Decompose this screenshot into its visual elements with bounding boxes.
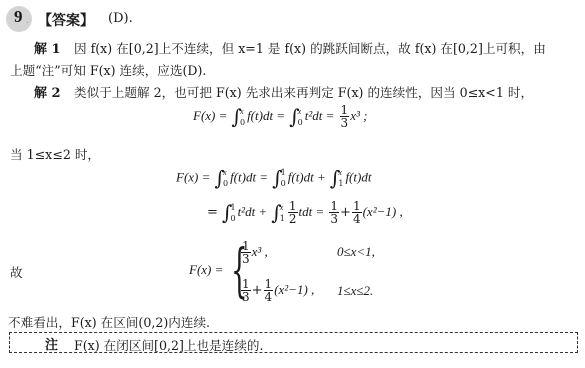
eq1-part2: t²dt =: [305, 108, 335, 123]
answer-label: 【答案】: [38, 10, 94, 30]
solution1-label: 解 1: [34, 38, 61, 57]
equation-2-row1: F(x) = ∫x0f(t)dt = ∫10f(t)dt + ∫x1f(t)dt: [176, 166, 371, 190]
piecewise-case2: 13+14(x²−1) ,: [240, 278, 314, 303]
question-number: 9: [14, 7, 23, 27]
fraction-one-third: 13: [340, 104, 350, 129]
eq1-tail: x³ ;: [350, 108, 367, 123]
note-label: 注: [45, 334, 58, 353]
piecewise-lhs: F(x) =: [189, 262, 223, 278]
therefore-label: 故: [10, 262, 23, 281]
piecewise-case1-condition: 0≤x<1,: [337, 244, 375, 260]
solution1-line2: 上题“注”可知 F(x) 连续，应选(D).: [10, 60, 206, 79]
conclusion: 不难看出，F(x) 在区间(0,2)内连续.: [8, 312, 210, 331]
solution1-line1: 因 f(x) 在[0,2]上不连续，但 x=1 是 f(x) 的跳跃间断点，故 …: [74, 38, 546, 57]
eq1-lhs: F(x) =: [193, 108, 227, 123]
piecewise-case2-condition: 1≤x≤2.: [337, 283, 373, 299]
note-text: F(x) 在闭区间[0,2]上也是连续的.: [74, 335, 263, 354]
equation-2-row2: = ∫10t²dt + ∫x112tdt = 13+14(x²−1) ,: [207, 200, 403, 225]
badge-mark: .: [26, 16, 29, 25]
eq1-part1: f(t)dt =: [247, 108, 285, 123]
integral-limits: x0: [240, 106, 245, 128]
solution2-line1: 类似于上题解 2，也可把 F(x) 先求出来再判定 F(x) 的连续性，因当 0…: [74, 82, 533, 101]
equation-1: F(x) = ∫x0f(t)dt = ∫x0t²dt = 13x³ ;: [193, 104, 367, 129]
integral-limits: x0: [298, 106, 303, 128]
piecewise-case1: 13x³ ,: [240, 240, 268, 265]
answer-value: (D).: [108, 11, 133, 26]
case-condition-line: 当 1≤x≤2 时，: [10, 144, 100, 163]
solution2-label: 解 2: [34, 82, 61, 101]
